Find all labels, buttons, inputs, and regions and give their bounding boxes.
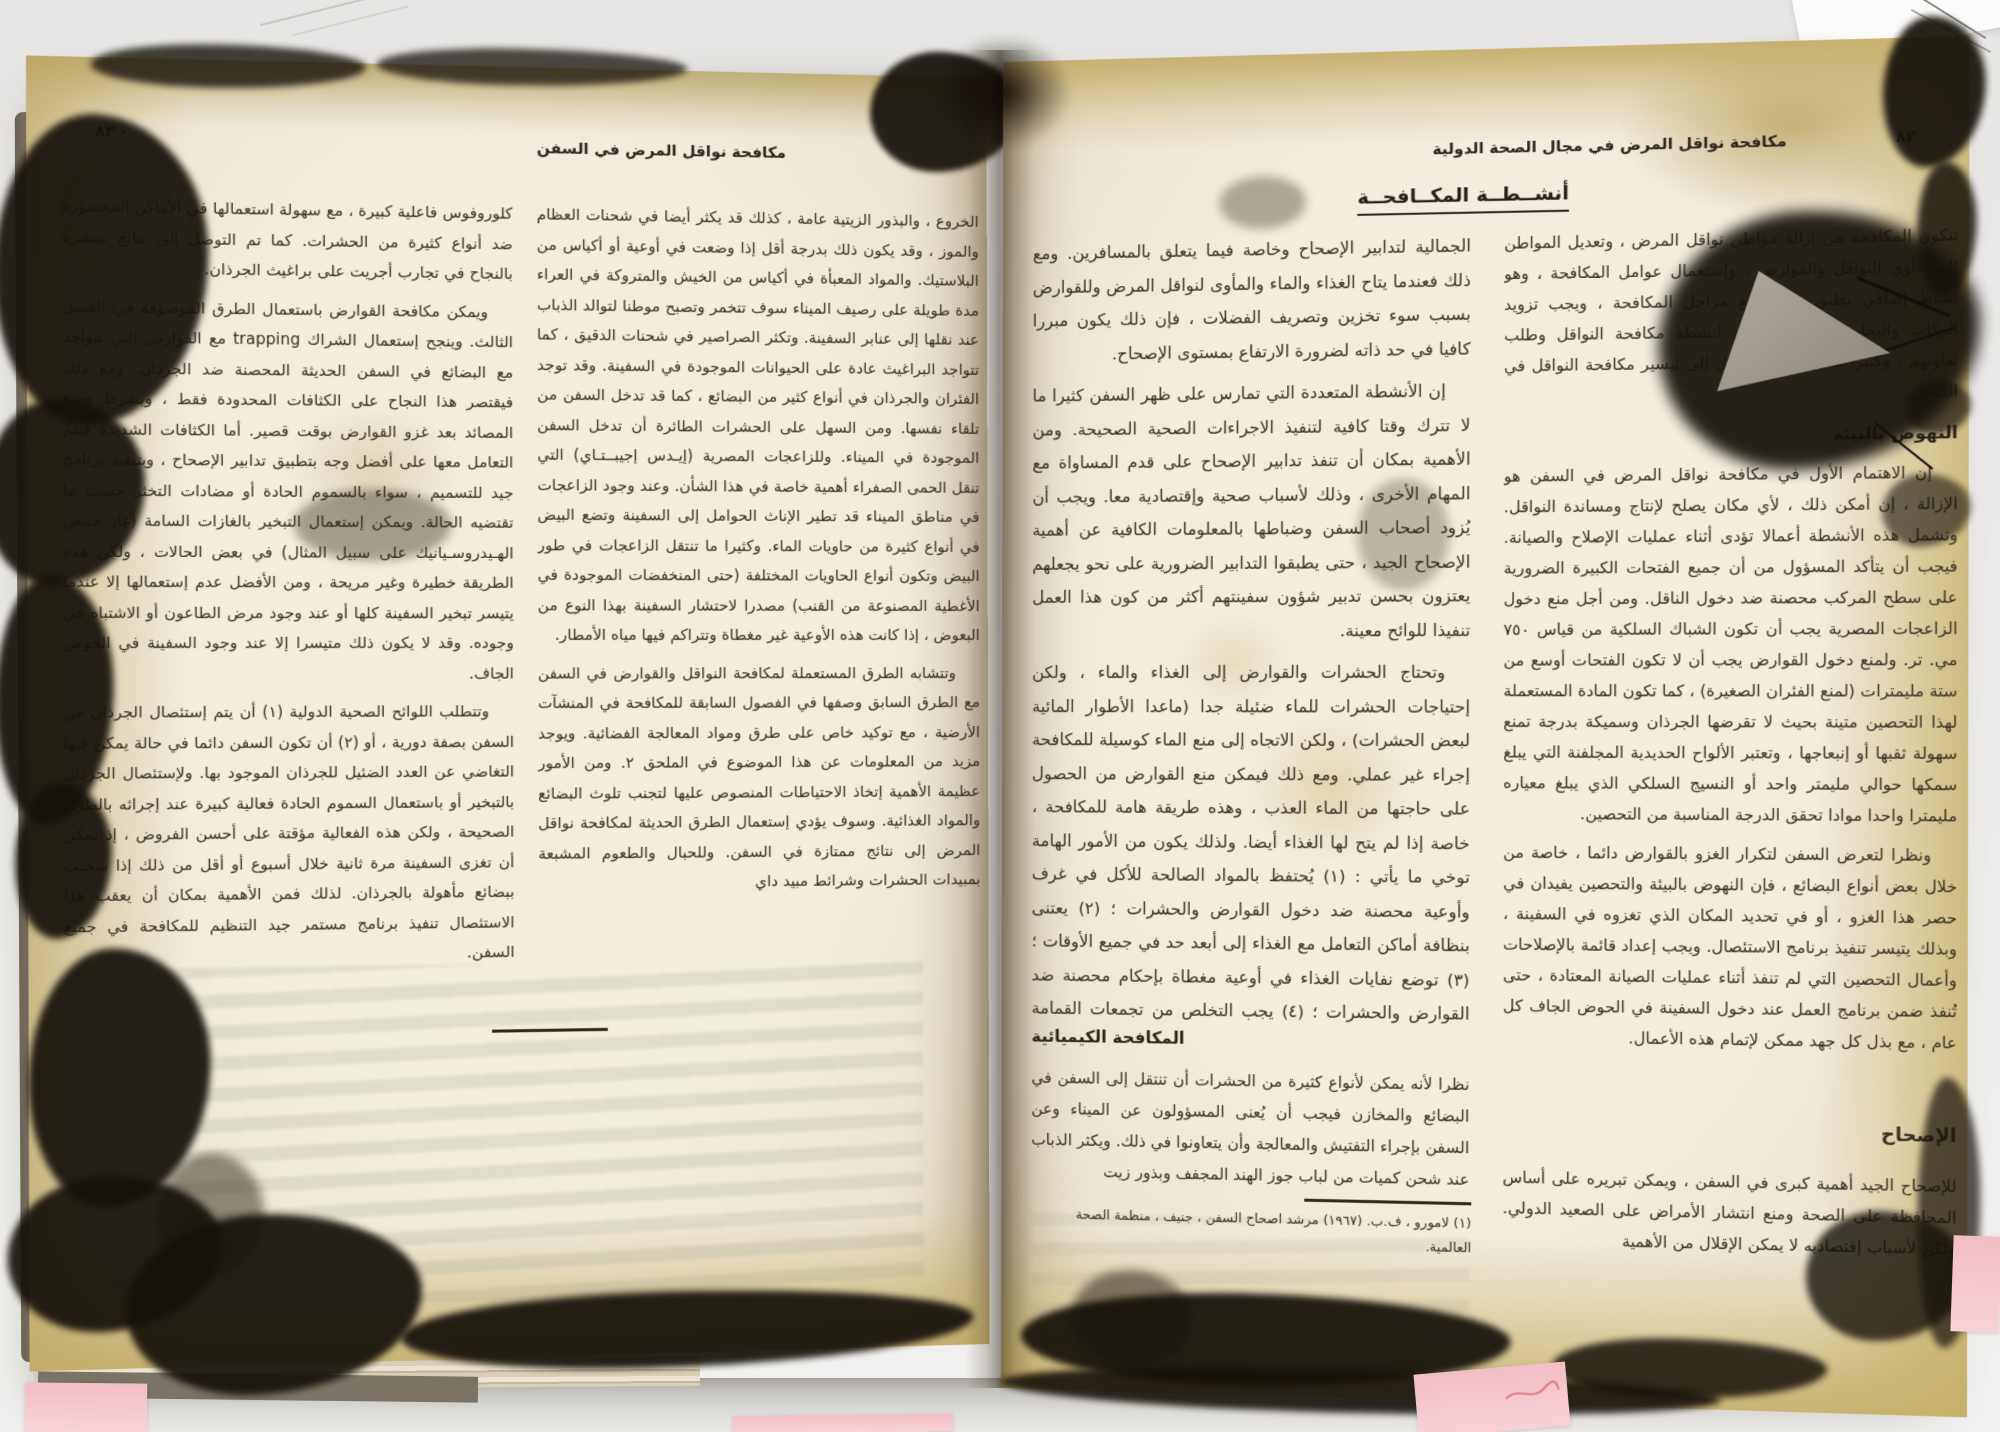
burn-mark: [1001, 1360, 1721, 1424]
page-number: ٨٢: [1896, 127, 1916, 146]
burn-mark: [1552, 1335, 1827, 1403]
running-header: مكافحة نواقل المرض في مجال الصحة الدولية: [1450, 132, 1786, 158]
section-heading: أنشــطــة المكــافحــة: [1327, 181, 1601, 209]
text-column-second: كلوروفوس فاعلية كبيرة ، مع سهولة استعمال…: [62, 191, 515, 1011]
ink-smudge: [1219, 175, 1306, 229]
pencil-line-top-left: [292, 6, 409, 37]
right-page: مكافحة نواقل المرض في مجال الصحة الدولية…: [1001, 36, 1970, 1417]
tan-stain: [1617, 26, 1969, 220]
fingerprint-smudge: [158, 1153, 265, 1279]
sticky-note: [25, 1382, 148, 1432]
paragraph: إن الاهتمام الأول في مكافحة نواقل المرض …: [1503, 457, 1958, 832]
sticky-note: [1414, 1361, 1571, 1432]
sticky-note: [1950, 1235, 2000, 1333]
paragraph: الجمالية لتدابير الإصحاح وخاصة فيما يتعل…: [1033, 229, 1471, 372]
tan-stain: [1003, 36, 1969, 154]
sticky-note: [733, 1414, 953, 1432]
tan-stain: [26, 55, 987, 141]
paragraph: كلوروفوس فاعلية كبيرة ، مع سهولة استعمال…: [62, 191, 513, 289]
subheading-chemical-control: المكافحة الكيميائية: [1031, 1026, 1469, 1052]
paragraph: وتتطلب اللوائح الصحية الدولية (١) أن يتم…: [63, 697, 515, 973]
paragraph: وتتشابه الطرق المستعملة لمكافحة النواقل …: [538, 659, 981, 900]
text-column-first: الخروع ، والبذور الزيتية عامة ، كذلك قد …: [537, 200, 981, 1027]
section-end-rule: [492, 1028, 608, 1033]
burn-mark: [377, 45, 688, 89]
sanitation-block: الإصحاح للإصحاح الجيد أهمية كبرى في السف…: [1502, 1113, 1956, 1294]
footnote: (١) لامورو ، ف.ب. (١٩٦٧) مرشد اصحاح السف…: [1029, 1203, 1471, 1262]
paragraph: ويمكن مكافحة القوارض باستعمال الطرق المو…: [62, 291, 514, 689]
book-photo: - ٨٣ مكافحة نواقل المرض في السفن الخروع …: [0, 0, 2000, 1432]
burn-mark: [7, 1174, 222, 1335]
burn-mark: [90, 41, 366, 91]
paragraph: ونظرا لتعرض السفن لتكرار الغزو بالقوارض …: [1503, 837, 1957, 1059]
paragraph: الخروع ، والبذور الزيتية عامة ، كذلك قد …: [537, 200, 980, 651]
book-gutter-top-notch: [936, 34, 1072, 150]
paragraph: نظرا لأنه يمكن لأنواع كثيرة من الحشرات أ…: [1031, 1062, 1469, 1200]
fingerprint-smudge: [1071, 1269, 1192, 1368]
subheading-sanitation: الإصحاح: [1503, 1113, 1957, 1152]
paragraph: وتحتاج الحشرات والقوارض إلى الغذاء والما…: [1031, 655, 1470, 1028]
running-header: مكافحة نواقل المرض في السفن: [523, 138, 800, 162]
pen-mark: [1500, 1376, 1562, 1411]
text-column-second: الجمالية لتدابير الإصحاح وخاصة فيما يتعل…: [1031, 229, 1470, 1029]
tan-stain: [29, 1212, 989, 1372]
left-page: - ٨٣ مكافحة نواقل المرض في السفن الخروع …: [26, 55, 990, 1371]
paragraph: إن الأنشطة المتعددة التي تمارس على ظهر ا…: [1032, 374, 1471, 648]
paragraph: للإصحاح الجيد أهمية كبرى في السفن ، ويمك…: [1502, 1162, 1956, 1265]
page-number: - ٨٣: [95, 121, 127, 140]
